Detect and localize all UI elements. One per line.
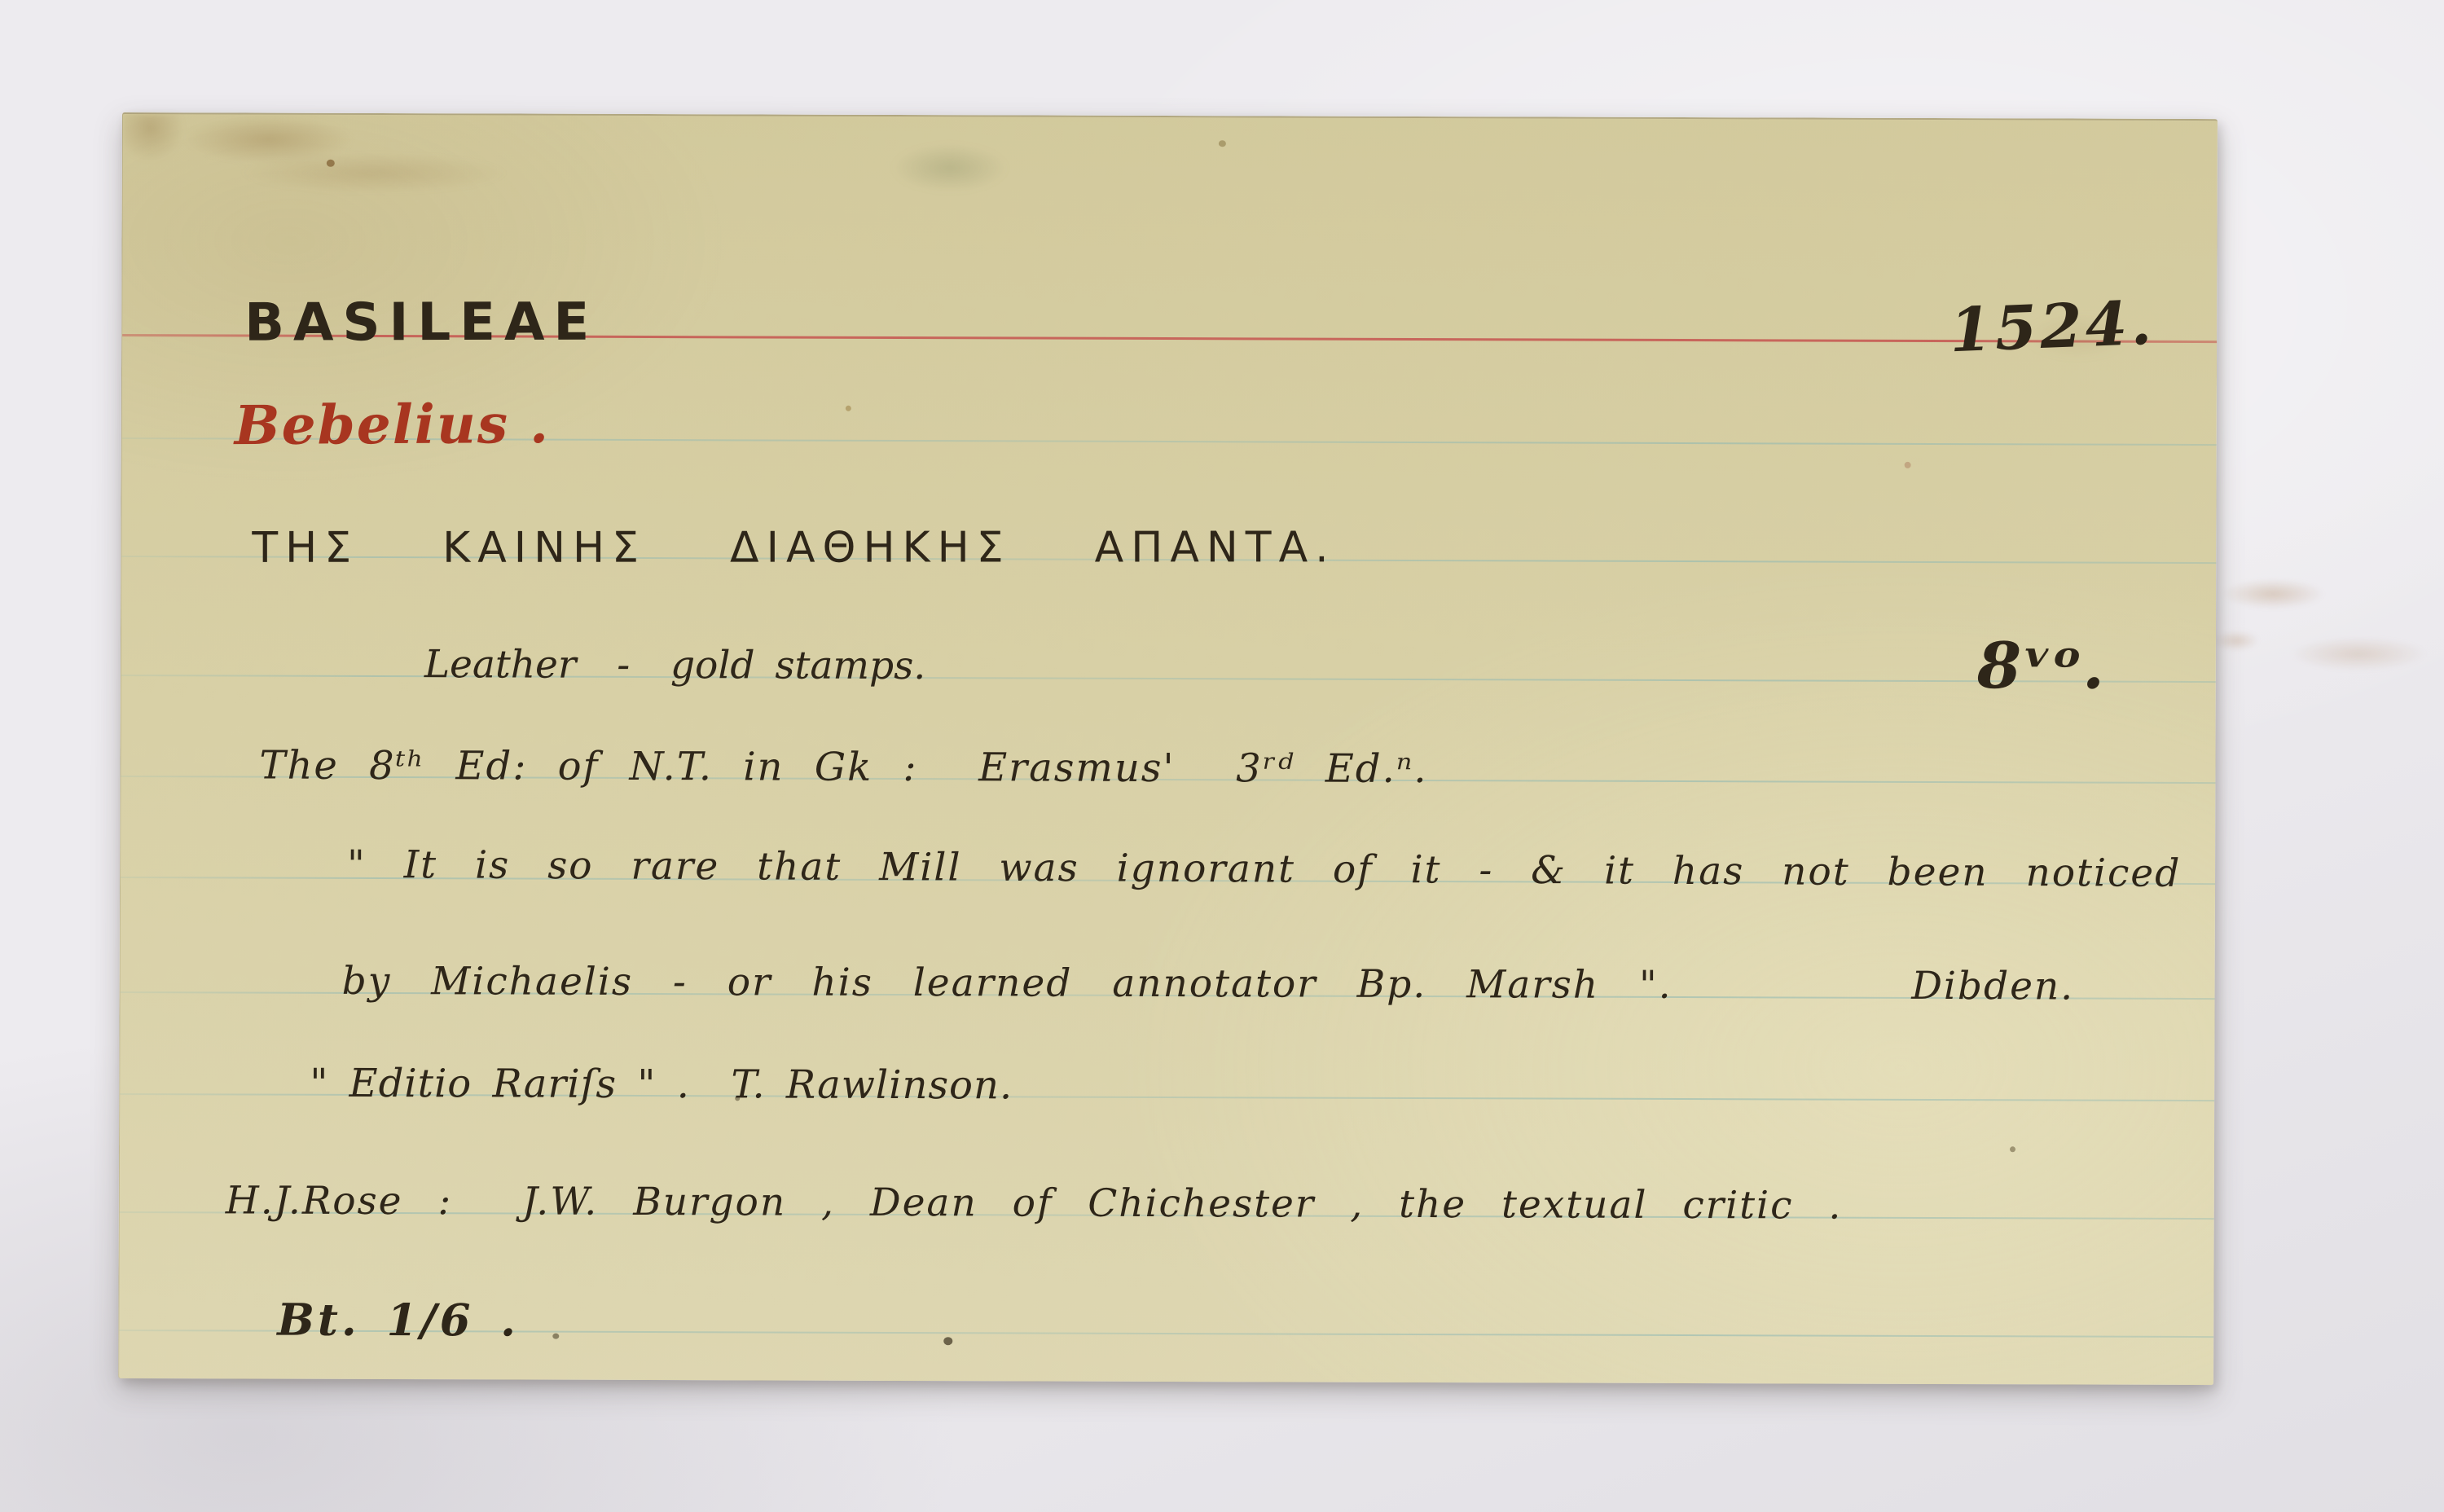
index-card: BASILEAE 1524. Bebelius . ΤΗΣ ΚΑΙΝΗΣ ΔΙΑ… (118, 112, 2218, 1385)
card-heading-place: BASILEAE (244, 297, 598, 349)
ink-speck (327, 160, 335, 167)
greek-title: ΤΗΣ ΚΑΙΝΗΣ ΔΙΑΘΗΚΗΣ ΑΠΑΝΤΑ. (252, 526, 1335, 569)
backdrop-rust-stain (2200, 538, 2444, 725)
corner-wear-stain (122, 114, 579, 254)
reference-note: H.J.Rose : J.W. Burgon , Dean of Chiches… (226, 1181, 1843, 1224)
card-year: 1524. (1949, 293, 2156, 362)
photo-background: BASILEAE 1524. Bebelius . ΤΗΣ ΚΑΙΝΗΣ ΔΙΑ… (0, 0, 2444, 1512)
quotation-line-1: " It is so rare that Mill was ignorant o… (347, 846, 2181, 893)
ink-speck (2010, 1146, 2015, 1152)
top-center-smudge (860, 123, 1040, 213)
ink-speck (1219, 140, 1226, 147)
ink-speck (552, 1334, 559, 1339)
ink-speck (943, 1337, 952, 1345)
ink-speck (846, 406, 851, 411)
quotation-line-2: by Michaelis - or his learned annotator … (342, 962, 2075, 1006)
edition-note: The 8ᵗʰ Ed: of N.T. in Gk : Erasmus' 3ʳᵈ… (259, 746, 1427, 789)
rarity-note: " Editio Rariſs " . T. Rawlinson. (310, 1064, 1013, 1105)
author-name-red-ink: Bebelius . (235, 397, 551, 452)
ink-speck (1905, 462, 1911, 468)
format-note-8vo: 8ᵛᵒ. (1977, 635, 2104, 698)
binding-note: Leather - gold stamps. (424, 645, 925, 685)
price-note: Bt. 1/6 . (277, 1298, 519, 1343)
